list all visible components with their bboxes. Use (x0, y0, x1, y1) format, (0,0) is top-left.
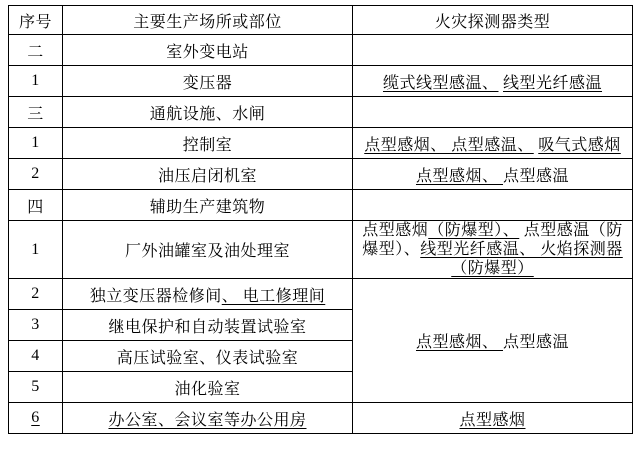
detector-cell-merged: 点型感烟、 点型感温 (353, 279, 633, 403)
table-row: 2 独立变压器检修间、 电工修理间 点型感烟、 点型感温 (9, 279, 633, 310)
place-cell: 室外变电站 (63, 35, 353, 66)
seq-cell: 5 (9, 372, 63, 403)
fire-detector-table: 序号 主要生产场所或部位 火灾探测器类型 二 室外变电站 1 变压器 缆式线型感… (8, 5, 633, 434)
header-row: 序号 主要生产场所或部位 火灾探测器类型 (9, 6, 633, 35)
seq-cell: 1 (9, 66, 63, 97)
table-row: 三 通航设施、水闸 (9, 97, 633, 128)
place-cell: 通航设施、水闸 (63, 97, 353, 128)
table-row: 四 辅助生产建筑物 (9, 190, 633, 221)
seq-cell: 三 (9, 97, 63, 128)
table-row: 6 办公室、会议室等办公用房 点型感烟 (9, 403, 633, 434)
place-cell: 辅助生产建筑物 (63, 190, 353, 221)
place-cell: 油化验室 (63, 372, 353, 403)
detector-cell: 点型感烟 (353, 403, 633, 434)
seq-cell: 4 (9, 341, 63, 372)
place-cell: 继电保护和自动装置试验室 (63, 310, 353, 341)
header-detector: 火灾探测器类型 (353, 6, 633, 35)
detector-line: 爆型）、线型光纤感温、 火焰探测器 (357, 240, 628, 259)
detector-cell: 缆式线型感温、 线型光纤感温 (353, 66, 633, 97)
table-row: 1 变压器 缆式线型感温、 线型光纤感温 (9, 66, 633, 97)
detector-cell (353, 190, 633, 221)
place-cell: 控制室 (63, 128, 353, 159)
seq-cell: 1 (9, 128, 63, 159)
detector-cell (353, 97, 633, 128)
table-row: 2 油压启闭机室 点型感烟、 点型感温 (9, 159, 633, 190)
place-cell: 厂外油罐室及油处理室 (63, 221, 353, 279)
detector-cell: 点型感烟、 点型感温 (353, 159, 633, 190)
table-row: 1 控制室 点型感烟、 点型感温、 吸气式感烟 (9, 128, 633, 159)
detector-line: 点型感烟（防爆型）、 点型感温（防 (357, 221, 628, 240)
seq-cell: 1 (9, 221, 63, 279)
document-page: 序号 主要生产场所或部位 火灾探测器类型 二 室外变电站 1 变压器 缆式线型感… (0, 0, 640, 439)
seq-cell: 3 (9, 310, 63, 341)
detector-cell (353, 35, 633, 66)
seq-cell: 2 (9, 279, 63, 310)
place-cell: 高压试验室、仪表试验室 (63, 341, 353, 372)
detector-line: （防爆型） (357, 259, 628, 278)
place-cell: 办公室、会议室等办公用房 (63, 403, 353, 434)
detector-cell: 点型感烟、 点型感温、 吸气式感烟 (353, 128, 633, 159)
seq-cell: 2 (9, 159, 63, 190)
seq-cell: 6 (9, 403, 63, 434)
place-cell: 变压器 (63, 66, 353, 97)
table-row: 二 室外变电站 (9, 35, 633, 66)
header-seq: 序号 (9, 6, 63, 35)
detector-cell: 点型感烟（防爆型）、 点型感温（防 爆型）、线型光纤感温、 火焰探测器 （防爆型… (353, 221, 633, 279)
place-cell: 油压启闭机室 (63, 159, 353, 190)
place-cell: 独立变压器检修间、 电工修理间 (63, 279, 353, 310)
seq-cell: 四 (9, 190, 63, 221)
seq-cell: 二 (9, 35, 63, 66)
table-row: 1 厂外油罐室及油处理室 点型感烟（防爆型）、 点型感温（防 爆型）、线型光纤感… (9, 221, 633, 279)
header-place: 主要生产场所或部位 (63, 6, 353, 35)
